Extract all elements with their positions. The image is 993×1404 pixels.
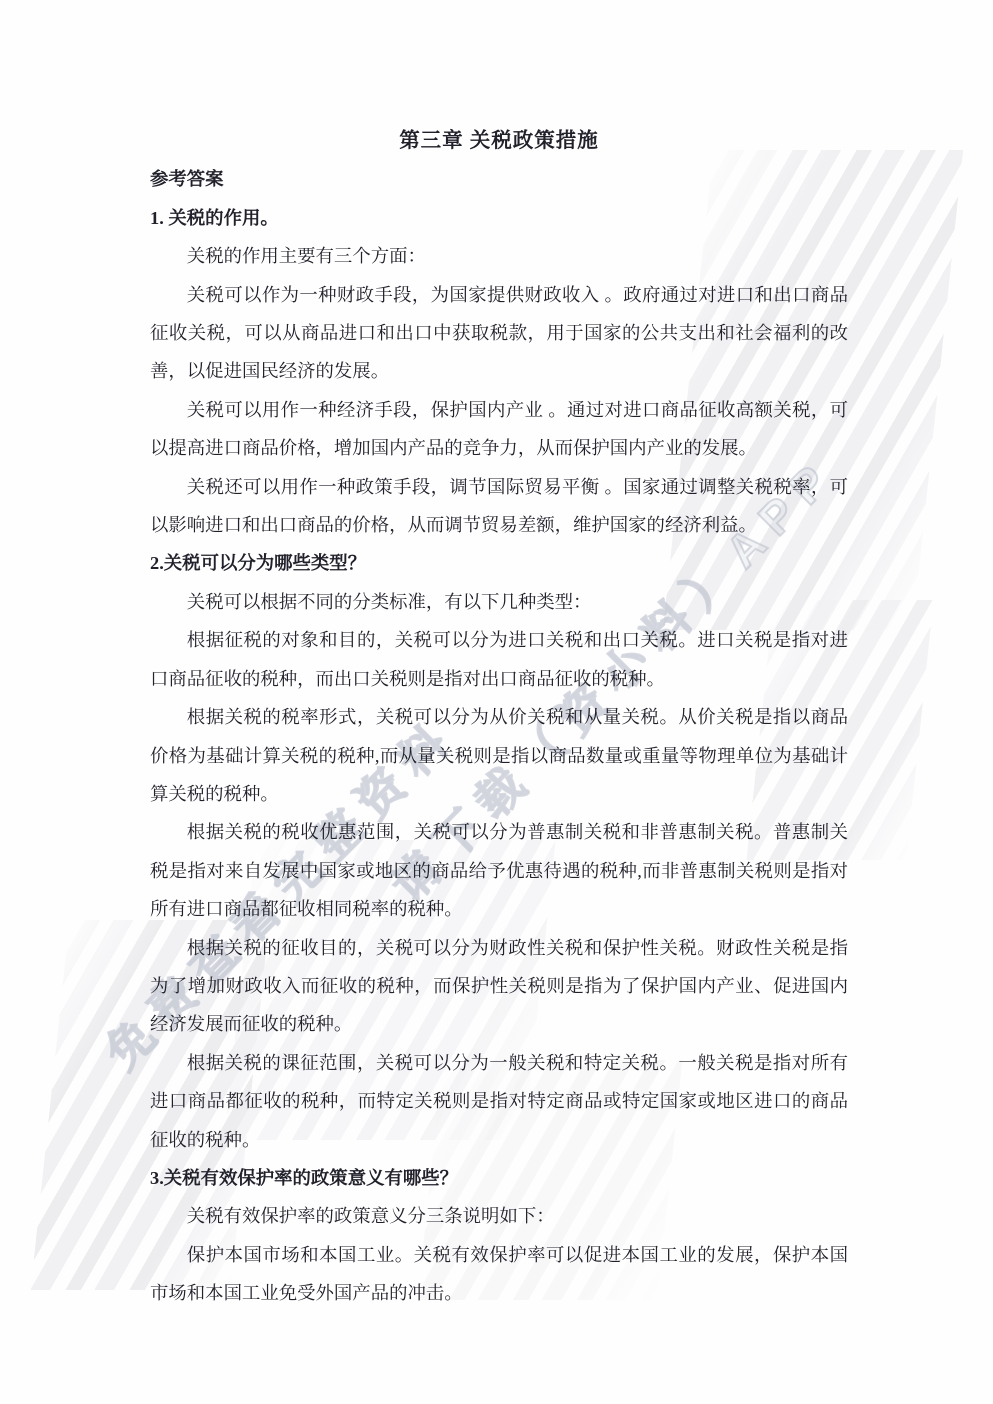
doc-paragraph: 关税可以用作一种经济手段，保护国内产业 。通过对进口商品征收高额关税，可以提高进… [150, 391, 848, 468]
document-content: 第三章 关税政策措施 参考答案 1. 关税的作用。关税的作用主要有三个方面：关税… [150, 0, 848, 1313]
doc-paragraph: 根据关税的课征范围，关税可以分为一般关税和特定关税。一般关税是指对所有进口商品都… [150, 1044, 848, 1159]
answers-label: 参考答案 [150, 160, 848, 198]
doc-paragraph: 保护本国市场和本国工业。关税有效保护率可以促进本国工业的发展，保护本国市场和本国… [150, 1236, 848, 1313]
doc-paragraph: 根据关税的税收优惠范围，关税可以分为普惠制关税和非普惠制关税。普惠制关税是指对来… [150, 813, 848, 928]
doc-paragraph: 关税有效保护率的政策意义分三条说明如下： [150, 1197, 848, 1235]
doc-paragraph: 关税的作用主要有三个方面： [150, 237, 848, 275]
document-page: 免费查看完整资料 请下载（资小料）APP 第三章 关税政策措施 参考答案 1. … [0, 0, 993, 1404]
doc-title: 第三章 关税政策措施 [150, 122, 848, 160]
doc-paragraph: 关税可以根据不同的分类标准，有以下几种类型： [150, 583, 848, 621]
doc-heading: 1. 关税的作用。 [150, 199, 848, 237]
doc-paragraph: 关税还可以用作一种政策手段，调节国际贸易平衡 。国家通过调整关税税率，可以影响进… [150, 468, 848, 545]
doc-paragraph: 根据关税的税率形式，关税可以分为从价关税和从量关税。从价关税是指以商品价格为基础… [150, 698, 848, 813]
doc-paragraph: 关税可以作为一种财政手段，为国家提供财政收入 。政府通过对进口和出口商品征收关税… [150, 276, 848, 391]
document-body: 1. 关税的作用。关税的作用主要有三个方面：关税可以作为一种财政手段，为国家提供… [150, 199, 848, 1313]
doc-paragraph: 根据关税的征收目的，关税可以分为财政性关税和保护性关税。财政性关税是指为了增加财… [150, 929, 848, 1044]
doc-heading: 3.关税有效保护率的政策意义有哪些？ [150, 1159, 848, 1197]
doc-heading: 2.关税可以分为哪些类型？ [150, 544, 848, 582]
doc-paragraph: 根据征税的对象和目的，关税可以分为进口关税和出口关税。进口关税是指对进口商品征收… [150, 621, 848, 698]
